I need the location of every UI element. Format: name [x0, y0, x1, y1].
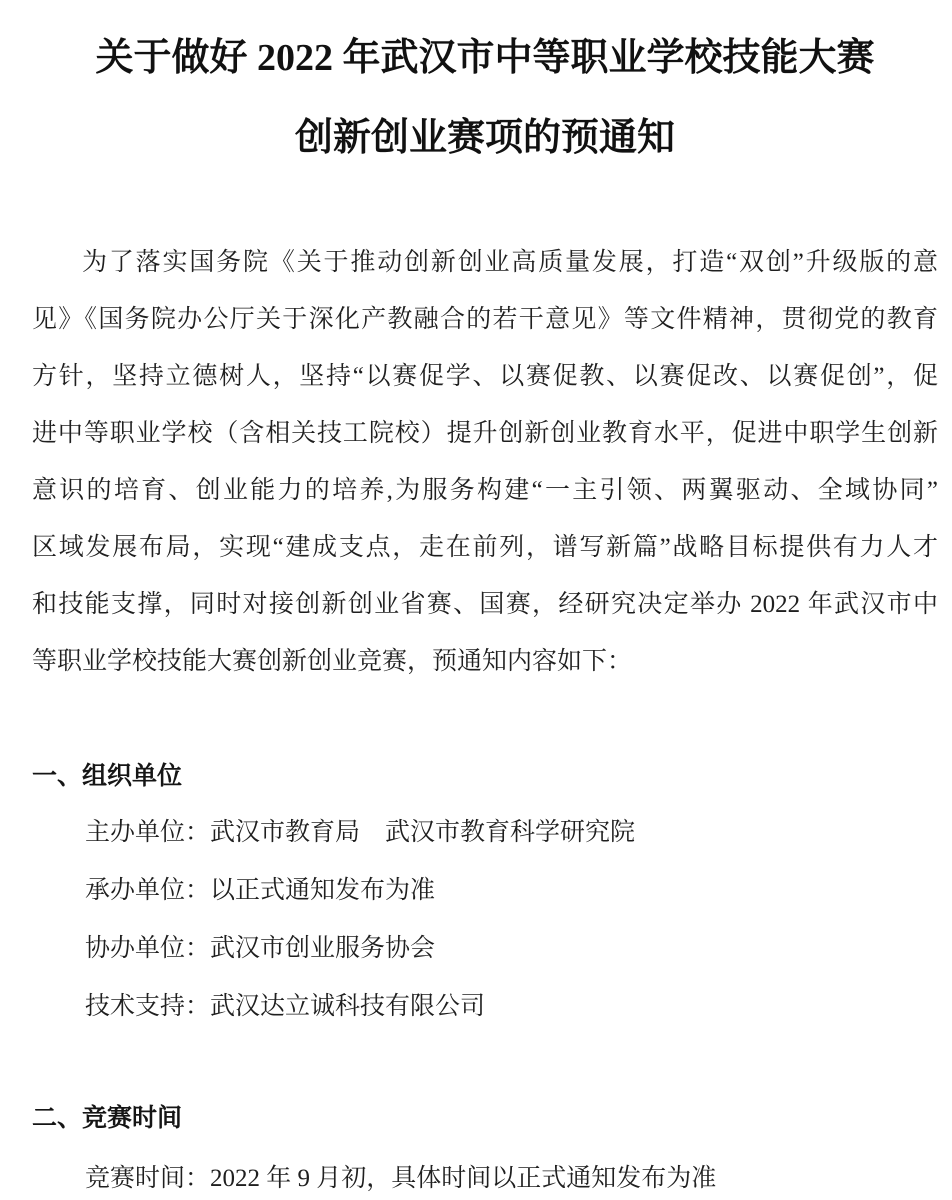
body-paragraph: 为了落实国务院《关于推动创新创业高质量发展，打造“双创”升级版的意 见》《国务院… — [32, 234, 938, 690]
paragraph-line-1: 为了落实国务院《关于推动创新创业高质量发展，打造“双创”升级版的意 — [32, 234, 938, 291]
paragraph-line-6: 区域发展布局，实现“建成支点，走在前列，谱写新篇”战略目标提供有力人才 — [32, 519, 938, 576]
org-item-undertaking-unit: 承办单位：以正式通知发布为准 — [32, 862, 938, 920]
title-line-2: 创新创业赛项的预通知 — [32, 98, 938, 178]
section-competition-time: 二、竞赛时间 竞赛时间：2022 年 9 月初，具体时间以正式通知发布为准 — [32, 1098, 938, 1200]
org-item-technical-support: 技术支持：武汉达立诚科技有限公司 — [32, 978, 938, 1036]
paragraph-line-7: 和技能支撑，同时对接创新创业省赛、国赛，经研究决定举办 2022 年武汉市中 — [32, 576, 938, 633]
section-organization: 一、组织单位 主办单位：武汉市教育局 武汉市教育科学研究院 承办单位：以正式通知… — [32, 756, 938, 1036]
section-heading-organization: 一、组织单位 — [32, 756, 938, 796]
document-title: 关于做好 2022 年武汉市中等职业学校技能大赛 创新创业赛项的预通知 — [32, 18, 938, 178]
competition-time-line: 竞赛时间：2022 年 9 月初，具体时间以正式通知发布为准 — [32, 1150, 938, 1200]
section-heading-competition-time: 二、竞赛时间 — [32, 1098, 938, 1138]
document-page: 关于做好 2022 年武汉市中等职业学校技能大赛 创新创业赛项的预通知 为了落实… — [0, 0, 952, 1200]
paragraph-line-2: 见》《国务院办公厅关于深化产教融合的若干意见》等文件精神，贯彻党的教育 — [32, 291, 938, 348]
org-item-host-unit: 主办单位：武汉市教育局 武汉市教育科学研究院 — [32, 804, 938, 862]
organization-items: 主办单位：武汉市教育局 武汉市教育科学研究院 承办单位：以正式通知发布为准 协办… — [32, 804, 938, 1036]
title-line-1: 关于做好 2022 年武汉市中等职业学校技能大赛 — [32, 18, 938, 98]
paragraph-line-8: 等职业学校技能大赛创新创业竞赛，预通知内容如下： — [32, 633, 938, 690]
paragraph-line-4: 进中等职业学校（含相关技工院校）提升创新创业教育水平，促进中职学生创新 — [32, 405, 938, 462]
paragraph-line-3: 方针，坚持立德树人，坚持“以赛促学、以赛促教、以赛促改、以赛促创”，促 — [32, 348, 938, 405]
org-item-co-organizer-unit: 协办单位：武汉市创业服务协会 — [32, 920, 938, 978]
paragraph-line-5: 意识的培育、创业能力的培养,为服务构建“一主引领、两翼驱动、全域协同” — [32, 462, 938, 519]
